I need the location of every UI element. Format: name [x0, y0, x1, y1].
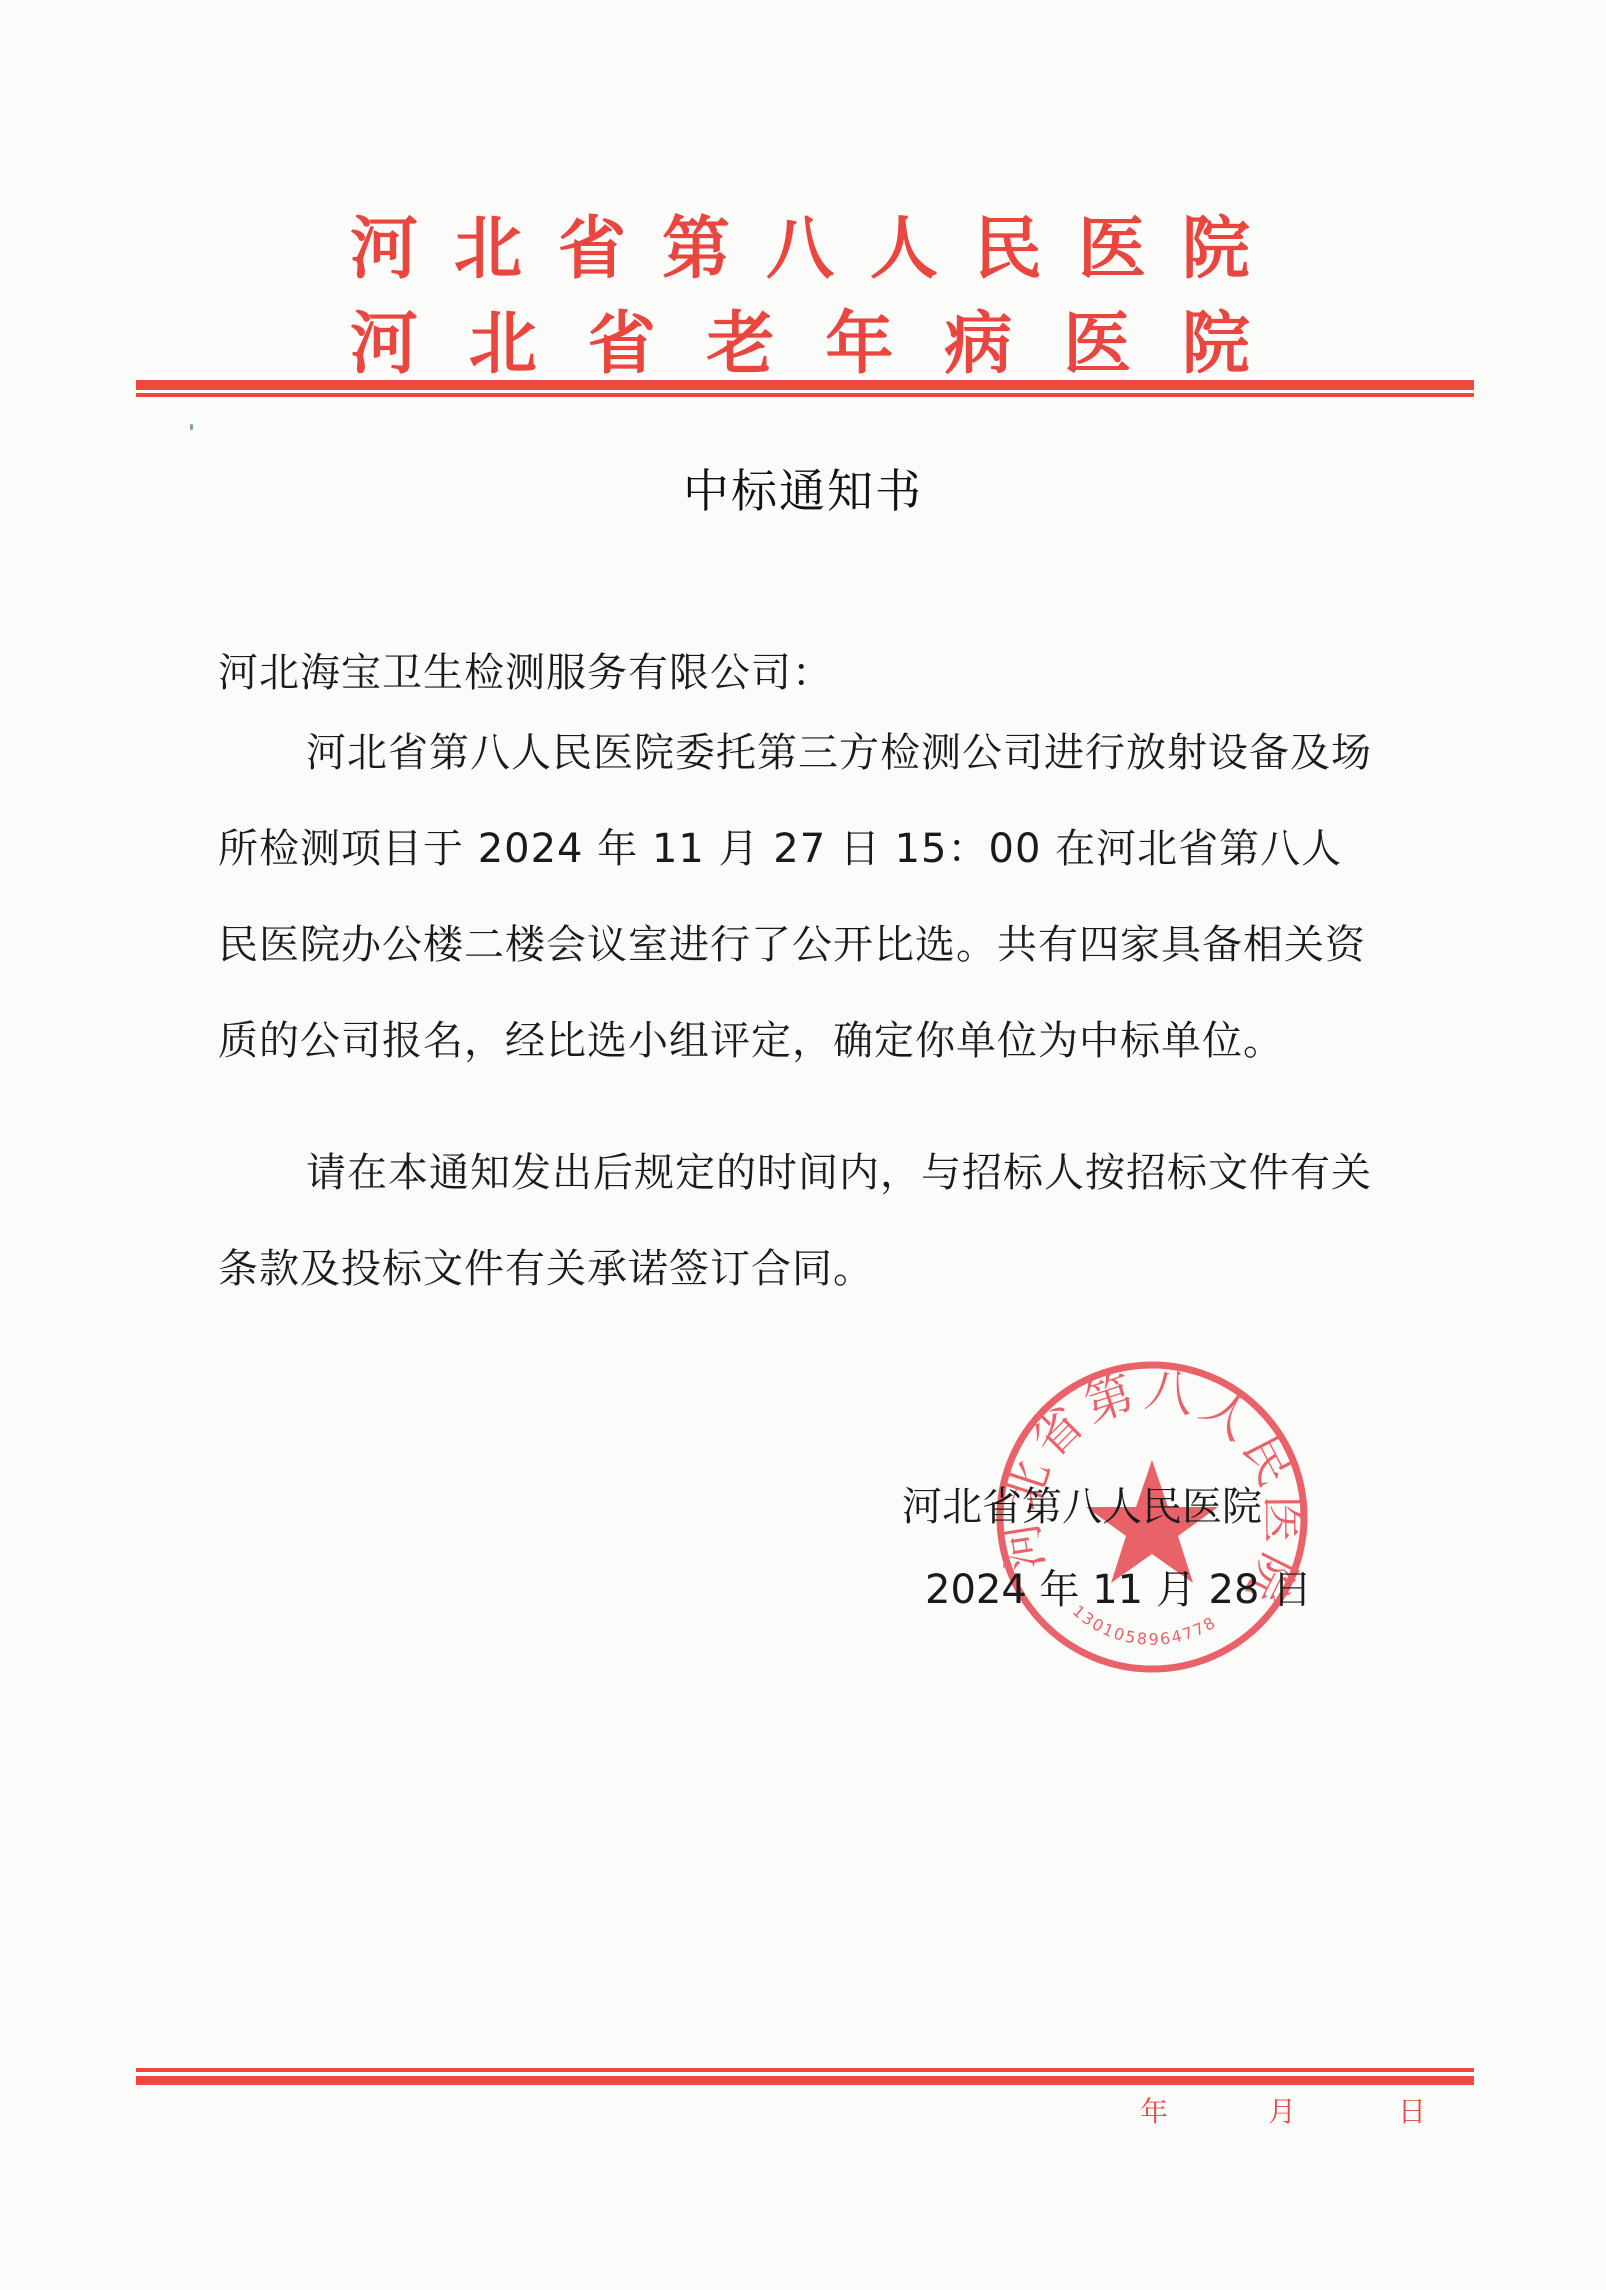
letterhead-char: 医 [1078, 195, 1146, 292]
letterhead-char: 民 [974, 195, 1042, 292]
letterhead-char: 省 [558, 195, 626, 292]
letterhead-char: 北 [454, 195, 522, 292]
body-paragraph-1: 河北省第八人民医院委托第三方检测公司进行放射设备及场所检测项目于 2024 年 … [218, 705, 1378, 1089]
scan-speck [190, 424, 193, 430]
letterhead-char: 省 [588, 290, 656, 387]
letterhead-char: 人 [870, 195, 938, 292]
letterhead-char: 院 [1182, 195, 1250, 292]
footer-year-label: 年 [1140, 2090, 1168, 2130]
document-title: 中标通知书 [0, 455, 1606, 521]
letterhead-char: 八 [766, 195, 834, 292]
letterhead-line-1: 河 北 省 第 八 人 民 医 院 [350, 195, 1250, 292]
letterhead-line-2: 河 北 省 老 年 病 医 院 [350, 290, 1250, 387]
footer-month-label: 月 [1268, 2090, 1296, 2130]
body-paragraph-2: 请在本通知发出后规定的时间内，与招标人按招标文件有关条款及投标文件有关承诺签订合… [218, 1125, 1378, 1317]
letterhead-char: 医 [1063, 290, 1131, 387]
signature-organization: 河北省第八人民医院 [902, 1475, 1262, 1532]
letterhead-char: 河 [350, 195, 418, 292]
letterhead-char: 院 [1182, 290, 1250, 387]
footer-rule-thin [136, 2068, 1474, 2072]
header-rule-thick [136, 380, 1474, 390]
header-rule-thin [136, 393, 1474, 397]
letterhead-char: 第 [662, 195, 730, 292]
letterhead-char: 北 [469, 290, 537, 387]
letterhead-char: 病 [944, 290, 1012, 387]
footer-rule-thick [136, 2076, 1474, 2085]
signature-date: 2024 年 11 月 28 日 [925, 1558, 1312, 1615]
letterhead-char: 河 [350, 290, 418, 387]
letterhead-char: 年 [825, 290, 893, 387]
footer-day-label: 日 [1398, 2090, 1426, 2130]
letterhead-char: 老 [707, 290, 775, 387]
